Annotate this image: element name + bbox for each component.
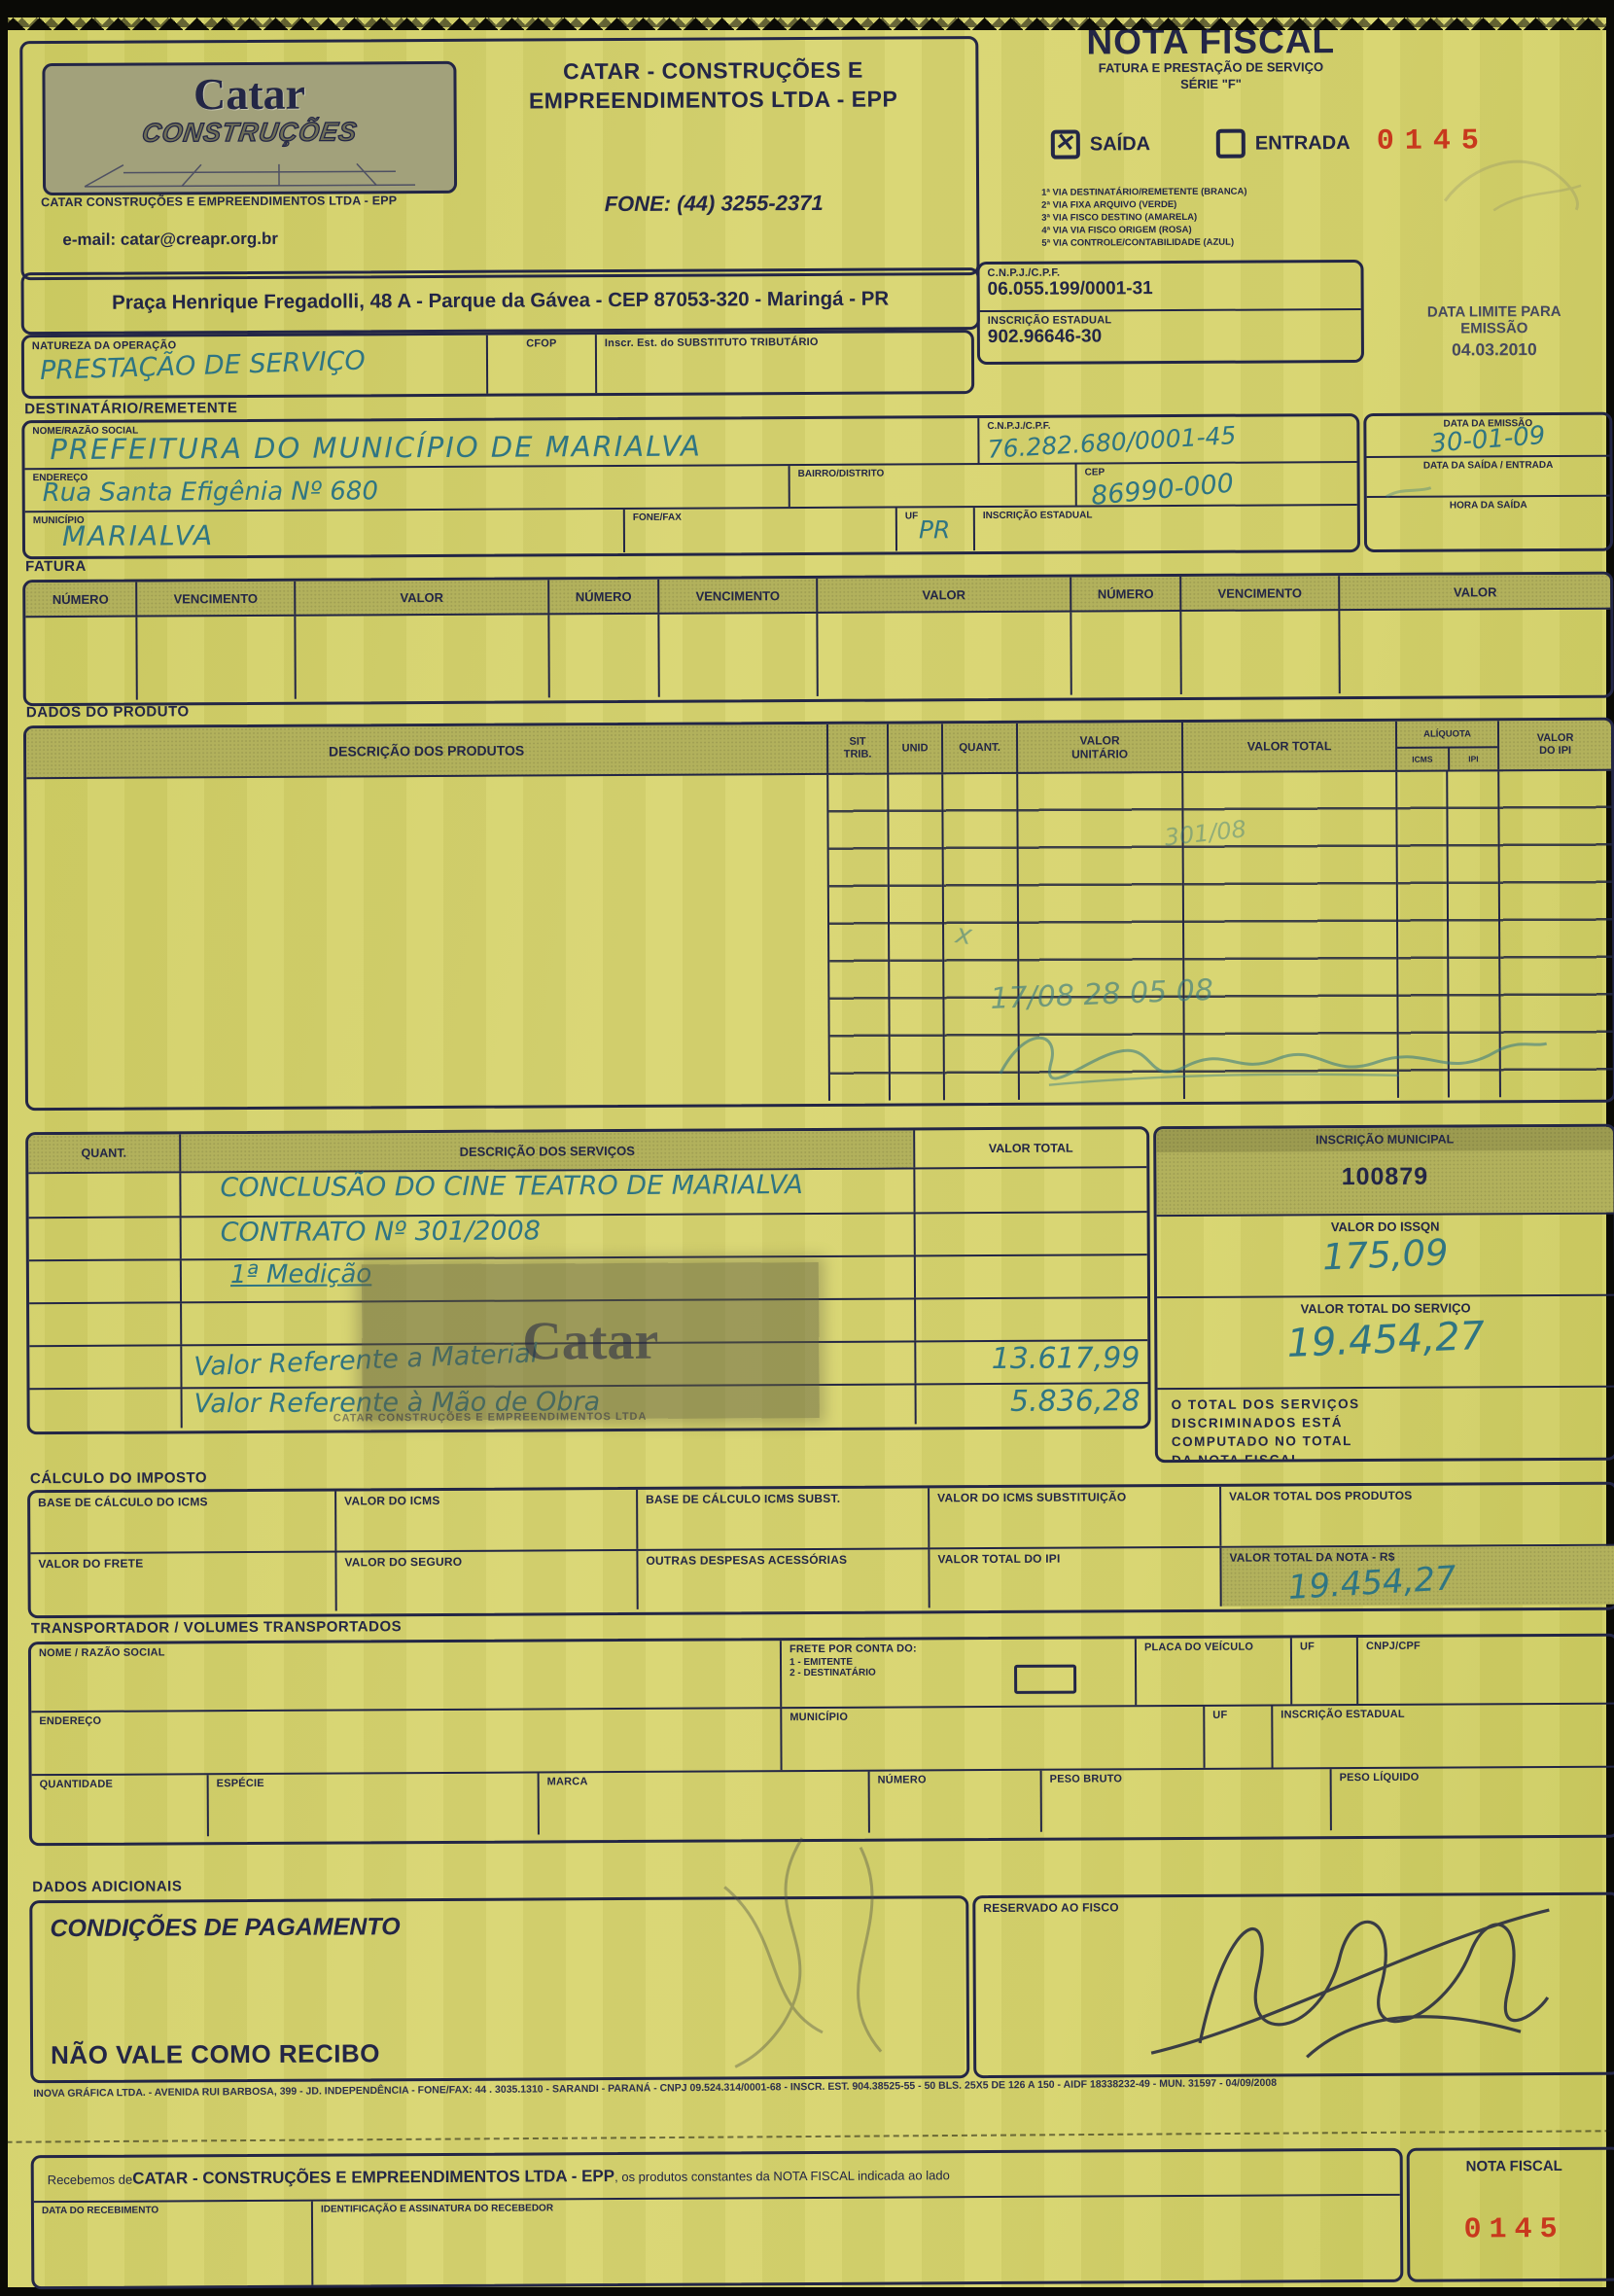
fatura-empty-cell[interactable] xyxy=(816,613,1070,696)
fatura-header: VENCIMENTO xyxy=(135,582,294,616)
imposto-cell[interactable]: BASE DE CÁLCULO ICMS SUBST. xyxy=(636,1488,928,1549)
inscricao-municipal-cell: INSCRIÇÃO MUNICIPAL 100879 xyxy=(1156,1127,1613,1215)
substituto-label: Inscr. Est. do SUBSTITUTO TRIBUTÁRIO xyxy=(605,336,964,349)
transp-quantidade-cell[interactable]: QUANTIDADE xyxy=(32,1775,207,1837)
dest-uf-cell[interactable]: UF PR xyxy=(895,508,973,550)
transp-endereco-cell[interactable]: ENDEREÇO xyxy=(31,1709,780,1774)
transp-municipio-cell[interactable]: MUNICÍPIO xyxy=(780,1707,1203,1770)
dest-cep-cell[interactable]: CEP 86990-000 xyxy=(1075,463,1357,506)
servicos-header-quant: QUANT. xyxy=(28,1134,179,1172)
nao-vale-recibo-label: NÃO VALE COMO RECIBO xyxy=(51,2038,380,2070)
dest-uf-value: PR xyxy=(919,515,965,544)
totais-note-line: O TOTAL DOS SERVIÇOS xyxy=(1172,1394,1607,1414)
canhoto-nf-label: NOTA FISCAL xyxy=(1410,2158,1614,2175)
produtos-header-quant: QUANT. xyxy=(941,724,1016,772)
fatura-header: VALOR xyxy=(294,580,547,614)
produtos-header-valor-ipi: VALORDO IPI xyxy=(1497,721,1611,770)
data-limite-label1: DATA LIMITE PARA xyxy=(1383,303,1606,321)
transp-marca-cell[interactable]: MARCA xyxy=(538,1772,868,1835)
fatura-empty-cell[interactable] xyxy=(135,617,294,700)
totais-note-line: DISCRIMINADOS ESTÁ xyxy=(1172,1412,1607,1432)
saida-data-label: DATA DA SAÍDA / ENTRADA xyxy=(1375,460,1602,472)
produtos-header-unid: UNID xyxy=(887,724,941,772)
transp-uf-cell[interactable]: UF xyxy=(1290,1638,1356,1704)
entrada-option: ENTRADA xyxy=(1216,128,1351,159)
saida-check-mark: ✕ xyxy=(1054,127,1077,158)
identificacao-cell[interactable]: IDENTIFICAÇÃO E ASSINATURA DO RECEBEDOR xyxy=(311,2196,1400,2287)
totais-note-cell: O TOTAL DOS SERVIÇOS DISCRIMINADOS ESTÁ … xyxy=(1158,1386,1614,1458)
dest-bairro-cell[interactable]: BAIRRO/DISTRITO xyxy=(789,465,1075,508)
imposto-cell[interactable]: OUTRAS DESPESAS ACESSÓRIAS xyxy=(636,1549,928,1609)
saida-label: SAÍDA xyxy=(1090,133,1150,156)
data-limite-date: 04.03.2010 xyxy=(1383,339,1606,361)
canhoto-nf-box: NOTA FISCAL 0145 xyxy=(1407,2147,1614,2282)
transportador-table: NOME / RAZÃO SOCIAL FRETE POR CONTA DO: … xyxy=(28,1634,1614,1847)
fatura-empty-cell[interactable] xyxy=(1338,610,1610,693)
pencil-marks-icon xyxy=(1435,142,1591,221)
recebemos-empresa: CATAR - CONSTRUÇÕES E EMPREENDIMENTOS LT… xyxy=(132,2167,614,2189)
transportador-section-label: TRANSPORTADOR / VOLUMES TRANSPORTADOS xyxy=(31,1618,402,1637)
produtos-descricao-area[interactable] xyxy=(26,775,828,1105)
fatura-header: NÚMERO xyxy=(1070,577,1179,611)
servicos-valor-cell[interactable] xyxy=(914,1298,1147,1340)
perforation-line xyxy=(7,2130,1614,2143)
inscricao-municipal-label: INSCRIÇÃO MUNICIPAL xyxy=(1156,1127,1613,1152)
fatura-header: NÚMERO xyxy=(25,583,135,617)
cfop-cell[interactable]: CFOP xyxy=(486,335,595,394)
logo-sub-text: CONSTRUÇÕES xyxy=(44,117,456,149)
recebemos-prefix: Recebemos de xyxy=(48,2172,133,2186)
transp-placa-cell[interactable]: PLACA DO VEÍCULO xyxy=(1135,1638,1290,1705)
servicos-valor-cell[interactable]: 5.836,28 xyxy=(915,1384,1148,1424)
fatura-header: VENCIMENTO xyxy=(657,579,816,613)
data-limite-block: DATA LIMITE PARA EMISSÃO 04.03.2010 xyxy=(1383,303,1606,361)
company-email: e-mail: catar@creapr.org.br xyxy=(62,229,451,250)
catar-stamp-brand: Catar xyxy=(522,1310,658,1373)
fatura-header: VALOR xyxy=(816,578,1070,612)
fatura-empty-cell[interactable] xyxy=(547,615,657,698)
transp-ie-cell[interactable]: INSCRIÇÃO ESTADUAL xyxy=(1271,1705,1614,1768)
fatura-empty-cell[interactable] xyxy=(657,614,816,697)
servicos-valor-cell[interactable] xyxy=(913,1168,1146,1212)
pen-smudge-icon xyxy=(1385,485,1433,499)
produtos-header-ipi: IPI xyxy=(1448,748,1498,769)
catar-stamp: Catar CATAR CONSTRUÇÕES E EMPREENDIMENTO… xyxy=(362,1262,820,1420)
dest-endereco-cell[interactable]: ENDEREÇO Rua Santa Efigênia Nº 680 xyxy=(25,466,789,511)
servicos-quant-cell[interactable] xyxy=(29,1303,180,1345)
servicos-quant-cell[interactable] xyxy=(30,1389,181,1429)
natureza-cell[interactable]: NATUREZA DA OPERAÇÃO PRESTAÇÃO DE SERVIÇ… xyxy=(24,336,486,396)
produtos-header-valor-total: VALOR TOTAL xyxy=(1181,722,1395,771)
canhoto-nf-number: 0145 xyxy=(1410,2213,1614,2247)
produtos-section-label: DADOS DO PRODUTO xyxy=(26,703,190,721)
dest-fone-label: FONE/FAX xyxy=(633,512,888,523)
fisco-signature-icon xyxy=(1131,1886,1560,2067)
produtos-header-icms: ICMS xyxy=(1397,749,1448,770)
fatura-empty-cell[interactable] xyxy=(1070,612,1179,695)
adicionais-section-label: DADOS ADICIONAIS xyxy=(32,1878,182,1895)
via-list: 1ª VIA DESTINATÁRIO/REMETENTE (BRANCA) 2… xyxy=(1041,185,1411,250)
logo-perspective-grid-icon xyxy=(85,163,415,189)
reservado-fisco-box: RESERVADO AO FISCO xyxy=(972,1892,1614,2078)
dest-municipio-value: MARIALVA xyxy=(62,517,615,552)
emissao-cell[interactable]: DATA DA EMISSÃO 30-01-09 xyxy=(1366,415,1609,456)
dest-ie-label: INSCRIÇÃO ESTADUAL xyxy=(983,509,1350,521)
emitter-header-box: Catar CONSTRUÇÕES CATAR CONSTRUÇÕES E EM… xyxy=(19,36,979,280)
entrada-label: ENTRADA xyxy=(1255,132,1351,156)
transp-peso-liquido-cell[interactable]: PESO LÍQUIDO xyxy=(1330,1768,1614,1831)
servicos-valor-cell[interactable]: 13.617,99 xyxy=(914,1341,1147,1383)
nota-serie: SÉRIE "F" xyxy=(1026,76,1395,92)
saida-option: ✕ SAÍDA xyxy=(1051,129,1150,159)
produtos-header-sit-trib: SITTRIB. xyxy=(826,724,887,773)
fatura-section-label: FATURA xyxy=(25,558,87,575)
dest-endereco-value: Rua Santa Efigênia Nº 680 xyxy=(43,475,781,508)
company-address-strip: Praça Henrique Fregadolli, 48 A - Parque… xyxy=(21,267,980,335)
fatura-empty-cell[interactable] xyxy=(294,615,547,698)
transp-numero-cell[interactable]: NÚMERO xyxy=(868,1771,1040,1833)
fatura-header: NÚMERO xyxy=(547,580,657,614)
imposto-cell[interactable]: VALOR TOTAL DOS PRODUTOS xyxy=(1219,1485,1614,1546)
servicos-desc-cell[interactable]: CONCLUSÃO DO CINE TEATRO DE MARIALVA xyxy=(179,1169,913,1216)
canhoto-box: Recebemos de CATAR - CONSTRUÇÕES E EMPRE… xyxy=(31,2148,1404,2289)
canhoto-recebemos-line: Recebemos de CATAR - CONSTRUÇÕES E EMPRE… xyxy=(34,2151,1400,2203)
totais-note-line: DA NOTA FISCAL xyxy=(1172,1449,1607,1463)
servicos-quant-cell[interactable] xyxy=(28,1173,179,1217)
saida-data-cell[interactable]: DATA DA SAÍDA / ENTRADA xyxy=(1367,455,1610,496)
servicos-quant-cell[interactable] xyxy=(29,1218,180,1259)
produtos-table: DESCRIÇÃO DOS PRODUTOS SITTRIB. UNID QUA… xyxy=(23,718,1614,1112)
imposto-cell[interactable]: VALOR DO SEGURO xyxy=(334,1551,636,1611)
logo-brand-text: Catar xyxy=(45,70,453,119)
company-name-line1: CATAR - CONSTRUÇÕES E xyxy=(465,56,961,86)
recebemos-suffix: , os produtos constantes da NOTA FISCAL … xyxy=(614,2168,950,2184)
emitter-cnpj-value: 06.055.199/0001-31 xyxy=(988,277,1353,300)
inscricao-municipal-value: 100879 xyxy=(1156,1162,1613,1192)
showthrough-scribble-icon xyxy=(608,1827,998,2072)
transp-uf2-cell[interactable]: UF xyxy=(1203,1707,1271,1768)
hora-saida-cell[interactable]: HORA DA SAÍDA xyxy=(1367,495,1610,535)
saida-checkbox[interactable]: ✕ xyxy=(1051,130,1080,159)
produtos-col-unid[interactable] xyxy=(887,774,943,1100)
valor-total-servico-value: 19.454,27 xyxy=(1157,1308,1614,1371)
company-address: Praça Henrique Fregadolli, 48 A - Parque… xyxy=(112,288,889,315)
via-list-item: 5ª VIA CONTROLE/CONTABILIDADE (AZUL) xyxy=(1041,235,1411,250)
imposto-cell[interactable]: VALOR DO ICMS SUBSTITUIÇÃO xyxy=(928,1487,1219,1548)
servicos-header-descricao: DESCRIÇÃO DOS SERVIÇOS xyxy=(179,1130,913,1171)
transp-peso-bruto-cell[interactable]: PESO BRUTO xyxy=(1040,1769,1330,1832)
company-name-line2: EMPREENDIMENTOS LTDA - EPP xyxy=(466,86,962,115)
imposto-cell[interactable]: VALOR TOTAL DO IPI xyxy=(928,1548,1219,1608)
fatura-header: VENCIMENTO xyxy=(1179,576,1338,610)
frete-label: FRETE POR CONTA DO: xyxy=(789,1642,1127,1655)
nota-subtitle: FATURA E PRESTAÇÃO DE SERVIÇO xyxy=(1026,59,1395,76)
produtos-header-valor-unitario: VALORUNITÁRIO xyxy=(1016,723,1181,772)
totais-note-line: COMPUTADO NO TOTAL xyxy=(1172,1431,1607,1451)
transp-nome-cell[interactable]: NOME / RAZÃO SOCIAL xyxy=(31,1641,780,1711)
servicos-valor-cell[interactable] xyxy=(914,1255,1147,1297)
issqn-cell[interactable]: VALOR DO ISSQN 175,09 xyxy=(1157,1213,1614,1296)
imposto-cell[interactable]: BASE DE CÁLCULO DO ICMS xyxy=(30,1492,334,1553)
dest-cnpj-cell[interactable]: C.N.P.J./C.P.F. 76.282.680/0001-45 xyxy=(977,416,1356,464)
hora-saida-label: HORA DA SAÍDA xyxy=(1375,500,1602,512)
valor-total-nota-cell[interactable]: VALOR TOTAL DA NOTA - R$ 19.454,27 xyxy=(1219,1546,1614,1607)
transp-frete-cell[interactable]: FRETE POR CONTA DO: 1 - EMITENTE 2 - DES… xyxy=(780,1639,1135,1707)
frete-checkbox[interactable] xyxy=(1014,1665,1076,1694)
emitter-cnpj-box: C.N.P.J./C.P.F. 06.055.199/0001-31 INSCR… xyxy=(976,260,1364,365)
imposto-section-label: CÁLCULO DO IMPOSTO xyxy=(30,1469,207,1487)
destinatario-section-label: DESTINATÁRIO/REMETENTE xyxy=(24,400,237,417)
data-recebimento-cell[interactable]: DATA DO RECEBIMENTO xyxy=(34,2202,311,2288)
logo-caption: CATAR CONSTRUÇÕES E EMPREENDIMENTOS LTDA… xyxy=(41,194,459,209)
dest-municipio-cell[interactable]: MUNICÍPIO MARIALVA xyxy=(25,510,623,555)
torn-edge xyxy=(0,0,1614,18)
fatura-header: VALOR xyxy=(1338,575,1610,609)
servicos-quant-cell[interactable] xyxy=(29,1260,180,1302)
natureza-row: NATUREZA DA OPERAÇÃO PRESTAÇÃO DE SERVIÇ… xyxy=(21,330,974,399)
produtos-header-descricao: DESCRIÇÃO DOS PRODUTOS xyxy=(26,724,826,777)
servicos-valor-cell[interactable] xyxy=(914,1213,1147,1254)
produtos-header-aliquota: ALÍQUOTA ICMS IPI xyxy=(1395,721,1497,770)
imposto-table: BASE DE CÁLCULO DO ICMS VALOR DO ICMS BA… xyxy=(27,1482,1614,1619)
servicos-quant-cell[interactable] xyxy=(29,1346,180,1388)
dest-fone-cell[interactable]: FONE/FAX xyxy=(623,509,895,552)
fatura-empty-cell[interactable] xyxy=(1179,611,1338,694)
transp-especie-cell[interactable]: ESPÉCIE xyxy=(207,1773,538,1836)
fatura-empty-cell[interactable] xyxy=(25,618,135,701)
cfop-label: CFOP xyxy=(496,337,587,349)
totais-panel: INSCRIÇÃO MUNICIPAL 100879 VALOR DO ISSQ… xyxy=(1153,1124,1614,1463)
company-logo: Catar CONSTRUÇÕES xyxy=(42,61,457,195)
imposto-cell[interactable]: VALOR DO ICMS xyxy=(334,1490,636,1551)
substituto-cell[interactable]: Inscr. Est. do SUBSTITUTO TRIBUTÁRIO xyxy=(595,333,971,393)
dest-nome-cell[interactable]: NOME/RAZÃO SOCIAL PREFEITURA DO MUNICÍPI… xyxy=(24,418,977,469)
dest-nome-value: PREFEITURA DO MUNICÍPIO DE MARIALVA xyxy=(50,428,969,466)
imposto-cell[interactable]: VALOR DO FRETE xyxy=(30,1553,334,1613)
dest-ie-cell[interactable]: INSCRIÇÃO ESTADUAL xyxy=(973,506,1357,550)
entrada-checkbox[interactable] xyxy=(1216,129,1246,159)
servicos-desc-cell[interactable]: CONTRATO Nº 301/2008 xyxy=(180,1214,914,1258)
data-limite-label2: EMISSÃO xyxy=(1383,320,1606,337)
fatura-table: NÚMERO VENCIMENTO VALOR NÚMERO VENCIMENT… xyxy=(22,572,1614,707)
emitter-ie-value: 902.96646-30 xyxy=(988,325,1353,348)
valor-total-servico-cell[interactable]: VALOR TOTAL DO SERVIÇO 19.454,27 xyxy=(1157,1294,1614,1388)
handwritten-signature-icon xyxy=(991,1014,1555,1095)
produtos-col-sit[interactable] xyxy=(826,775,889,1101)
servicos-header-valor: VALOR TOTAL xyxy=(913,1129,1146,1167)
dest-bairro-label: BAIRRO/DISTRITO xyxy=(798,468,1068,479)
transp-cnpj-cell[interactable]: CNPJ/CPF xyxy=(1356,1637,1614,1704)
company-phone: FONE: (44) 3255-2371 xyxy=(466,190,962,218)
scanned-invoice-page: Catar CONSTRUÇÕES CATAR CONSTRUÇÕES E EM… xyxy=(0,0,1614,2296)
dest-dates-box: DATA DA EMISSÃO 30-01-09 DATA DA SAÍDA /… xyxy=(1363,412,1613,552)
destinatario-box: NOME/RAZÃO SOCIAL PREFEITURA DO MUNICÍPI… xyxy=(21,413,1360,559)
